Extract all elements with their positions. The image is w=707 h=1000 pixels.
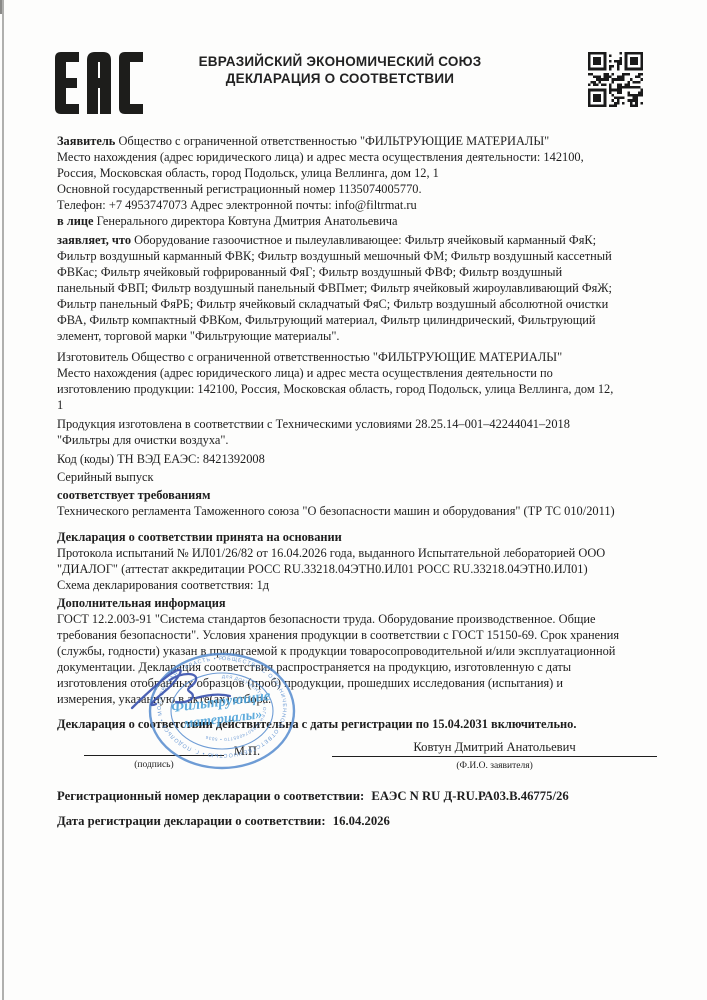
text-line: Декларация о соответствии принята на осн… <box>57 529 657 545</box>
declaration-document: ЕВРАЗИЙСКИЙ ЭКОНОМИЧЕСКИЙ СОЮЗ ДЕКЛАРАЦИ… <box>0 0 707 1000</box>
text-line: Место нахождения (адрес юридического лиц… <box>57 149 657 165</box>
text-line: Технического регламента Таможенного союз… <box>57 503 657 519</box>
signature-scribble <box>126 664 246 716</box>
paragraph: соответствует требованиям <box>57 487 657 503</box>
document-title: ЕВРАЗИЙСКИЙ ЭКОНОМИЧЕСКИЙ СОЮЗ ДЕКЛАРАЦИ… <box>120 53 560 87</box>
body-paragraphs: Заявитель Общество с ограниченной ответс… <box>57 133 657 707</box>
text-line: ФВА, Фильтр компактный ФВКом, Фильтрующи… <box>57 312 657 328</box>
text-line: Схема декларирования соответствия: 1д <box>57 577 657 593</box>
registration-date-label: Дата регистрации декларации о соответств… <box>57 814 326 828</box>
paragraph: Заявитель Общество с ограниченной ответс… <box>57 133 657 229</box>
text-line: Телефон: +7 4953747073 Адрес электронной… <box>57 197 657 213</box>
text-line: Изготовитель Общество с ограниченной отв… <box>57 349 657 365</box>
text-line: Серийный выпуск <box>57 469 657 485</box>
registration-number-label: Регистрационный номер декларации о соотв… <box>57 789 364 803</box>
text-line: требования безопасности". Условия хранен… <box>57 627 657 643</box>
qr-code <box>588 52 643 107</box>
text-line: 1 <box>57 397 657 413</box>
text-line: ГОСТ 12.2.003-91 "Система стандартов без… <box>57 611 657 627</box>
text-line: Протокола испытаний № ИЛ01/26/82 от 16.0… <box>57 545 657 561</box>
text-line: элемент, торговой марки "Фильтрующие мат… <box>57 328 657 344</box>
paragraph: Протокола испытаний № ИЛ01/26/82 от 16.0… <box>57 545 657 577</box>
registration-date-value: 16.04.2026 <box>333 814 390 828</box>
text-line: в лице Генерального директора Ковтуна Дм… <box>57 213 657 229</box>
paragraph: Схема декларирования соответствия: 1д <box>57 577 657 593</box>
text-line: Фильтр воздушный карманный ФВК; Фильтр в… <box>57 248 657 264</box>
text-line: "Фильтры для очистки воздуха". <box>57 432 657 448</box>
signee-caption: (Ф.И.О. заявителя) <box>332 757 657 774</box>
registration-number-line: Регистрационный номер декларации о соотв… <box>57 788 657 804</box>
paragraph: Декларация о соответствии принята на осн… <box>57 529 657 545</box>
text-line: ФВКас; Фильтр ячейковый гофрированный Фя… <box>57 264 657 280</box>
signee-field: Ковтун Дмитрий Анатольевич (Ф.И.О. заяви… <box>332 739 657 774</box>
text-line: "ДИАЛОГ" (аттестат аккредитации РОСС RU.… <box>57 561 657 577</box>
text-line: панельный ФВП; Фильтр воздушный панельны… <box>57 280 657 296</box>
paragraph: Продукция изготовлена в соответствии с Т… <box>57 416 657 448</box>
text-line: Россия, Московская область, город Подоль… <box>57 165 657 181</box>
scan-edge-artifact <box>2 0 4 1000</box>
text-line: Заявитель Общество с ограниченной ответс… <box>57 133 657 149</box>
text-line: соответствует требованиям <box>57 487 657 503</box>
text-line: Основной государственный регистрационный… <box>57 181 657 197</box>
signee-name: Ковтун Дмитрий Анатольевич <box>332 739 657 756</box>
scan-corner-artifact <box>0 0 2 14</box>
union-title: ЕВРАЗИЙСКИЙ ЭКОНОМИЧЕСКИЙ СОЮЗ <box>120 53 560 70</box>
paragraph: Код (коды) ТН ВЭД ЕАЭС: 8421392008 <box>57 451 657 467</box>
text-line: Продукция изготовлена в соответствии с Т… <box>57 416 657 432</box>
paragraph: Технического регламента Таможенного союз… <box>57 503 657 519</box>
text-line: Код (коды) ТН ВЭД ЕАЭС: 8421392008 <box>57 451 657 467</box>
text-line: заявляет, что Оборудование газоочистное … <box>57 232 657 248</box>
registration-date-line: Дата регистрации декларации о соответств… <box>57 813 657 829</box>
text-line: изготовлению продукции: 142100, Россия, … <box>57 381 657 397</box>
text-line: Место нахождения (адрес юридического лиц… <box>57 365 657 381</box>
text-line: Дополнительная информация <box>57 595 657 611</box>
declaration-title: ДЕКЛАРАЦИЯ О СООТВЕТСТВИИ <box>120 70 560 87</box>
text-line: Фильтр панельный ФяРБ; Фильтр ячейковый … <box>57 296 657 312</box>
registration-number-value: ЕАЭС N RU Д-RU.РА03.В.46775/26 <box>371 789 568 803</box>
paragraph: Дополнительная информация <box>57 595 657 611</box>
paragraph: Серийный выпуск <box>57 469 657 485</box>
paragraph: заявляет, что Оборудование газоочистное … <box>57 232 657 344</box>
paragraph: Изготовитель Общество с ограниченной отв… <box>57 349 657 413</box>
